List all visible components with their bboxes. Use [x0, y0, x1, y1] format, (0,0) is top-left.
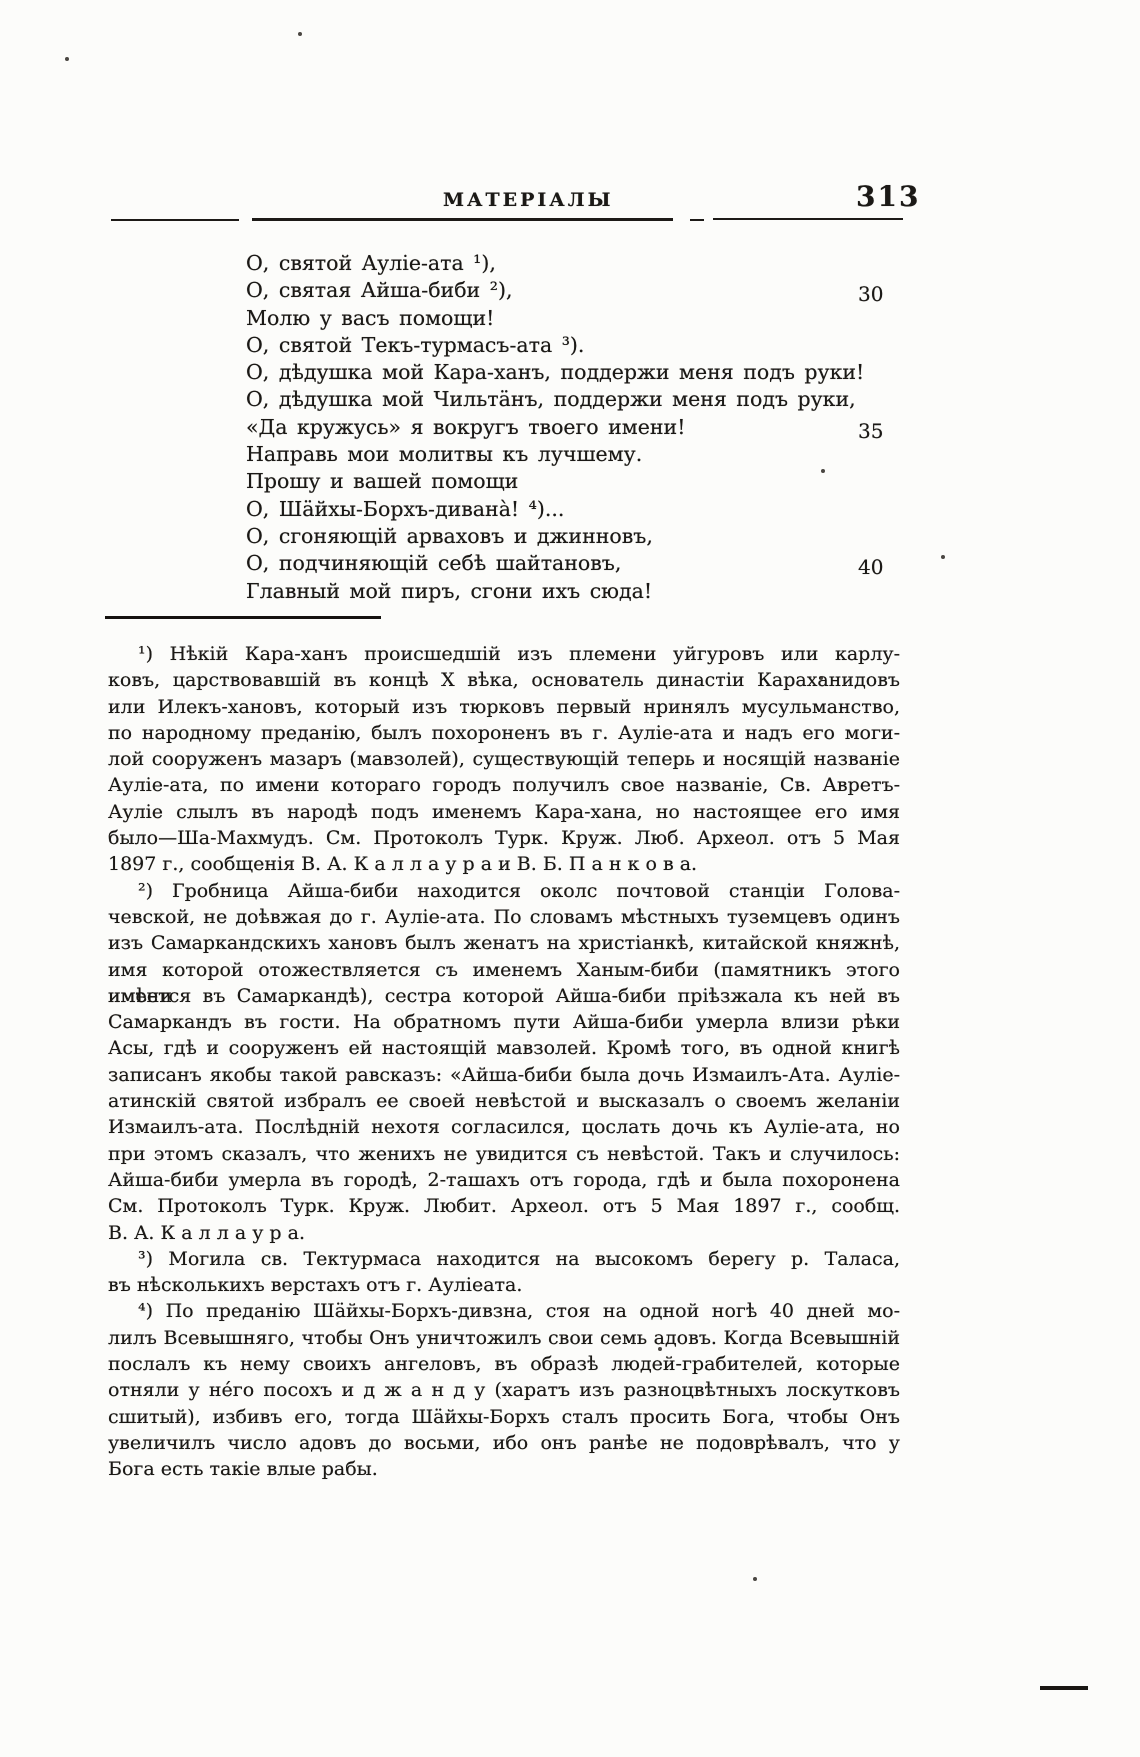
verse-line-text: Направь мои молитвы къ лучшему. [246, 442, 642, 466]
verse-line: «Да кружусь» я вокругъ твоего имени!35 [246, 414, 946, 441]
footnote-line: или Илекъ-хановъ, который изъ тюрковъ пе… [108, 694, 900, 720]
verse-line: О, дѣдушка мой Чильтӓнъ, поддержи меня п… [246, 386, 946, 413]
verse-line-text: О, святой Текъ-турмасъ-ата ³). [246, 333, 584, 357]
header-rule-segment [111, 219, 239, 221]
bottom-right-mark [1040, 1686, 1088, 1690]
verse-line: О, святой Ауліе-ата ¹), [246, 250, 946, 277]
verse-line: Главный мой пиръ, сгони ихъ сюда! [246, 578, 946, 605]
verse-line: О, святой Текъ-турмасъ-ата ³). [246, 332, 946, 359]
footnote-line: ²) Гробница Айша-биби находится околс по… [108, 878, 900, 904]
footnote-line: 1897 г., сообщенія В. А. К а л л а у р а… [108, 851, 900, 877]
scan-speck [753, 1577, 757, 1581]
verse-line: О, дѣдушка мой Кара-ханъ, поддержи меня … [246, 359, 946, 386]
scan-speck [65, 57, 69, 61]
footnote-line: Айша-биби умерла въ городѣ, 2-ташахъ отъ… [108, 1167, 900, 1193]
verse-line: О, подчиняющій себѣ шайтановъ,40 [246, 550, 946, 577]
verse-line-text: О, святая Айша-биби ²), [246, 278, 512, 302]
verse-line: Молю у васъ помощи! [246, 305, 946, 332]
verse-line-text: О, Шӓйхы-Борхъ-дивана̀! ⁴)... [246, 497, 564, 521]
footnote-line: лой сооруженъ мазаръ (мавзолей), существ… [108, 746, 900, 772]
footnote-paragraph: ¹) Нѣкій Кара-ханъ происшедшій изъ племе… [108, 641, 900, 878]
footnote-line: послалъ къ нему своихъ ангеловъ, въ обра… [108, 1351, 900, 1377]
verse-line-text: О, святой Ауліе-ата ¹), [246, 251, 496, 275]
verse-block: О, святой Ауліе-ата ¹),О, святая Айша-би… [246, 250, 946, 605]
footnote-line: чевской, не доѣвжая до г. Ауліе-ата. По … [108, 904, 900, 930]
scan-speck [941, 555, 945, 559]
footnote-line: ⁴) По преданію Шӓйхы-Борхъ-дивзна, стоя … [108, 1298, 900, 1324]
scan-speck [821, 469, 825, 473]
footnotes-block: ¹) Нѣкій Кара-ханъ происшедшій изъ племе… [108, 641, 900, 1483]
footnote-line: Бога есть такіе влые рабы. [108, 1456, 900, 1482]
footnote-line: сшитый), избивъ его, тогда Шӓйхы-Борхъ с… [108, 1404, 900, 1430]
scan-speck [819, 676, 823, 680]
footnote-line: Ауліе-ата, по имени котораго городъ полу… [108, 772, 900, 798]
footnote-line: увеличилъ число адовъ до восьми, ибо онъ… [108, 1430, 900, 1456]
verse-line-text: Прошу и вашей помощи [246, 469, 518, 493]
footnote-line: записанъ якобы такой равсказъ: «Айша-биб… [108, 1062, 900, 1088]
header-rule-segment [690, 219, 704, 221]
footnote-paragraph: ³) Могила св. Тектурмаса находится на вы… [108, 1246, 900, 1299]
footnote-line: атинскій святой избралъ ее своей невѣсто… [108, 1088, 900, 1114]
footnote-line: при этомъ сказалъ, что женихъ не увидитс… [108, 1141, 900, 1167]
footnote-line: См. Протоколъ Турк. Круж. Любит. Археол.… [108, 1193, 900, 1219]
footnote-paragraph: ⁴) По преданію Шӓйхы-Борхъ-дивзна, стоя … [108, 1298, 900, 1482]
running-head: МАТЕРІАЛЫ [443, 189, 613, 211]
verse-line-text: Главный мой пиръ, сгони ихъ сюда! [246, 579, 652, 603]
verse-line: О, святая Айша-биби ²),30 [246, 277, 946, 304]
verse-line: Направь мои молитвы къ лучшему. [246, 441, 946, 468]
footnote-line: лилъ Всевышняго, чтобы Онъ уничтожилъ св… [108, 1325, 900, 1351]
footnote-separator [105, 616, 381, 619]
verse-line-text: О, дѣдушка мой Кара-ханъ, поддержи меня … [246, 360, 864, 384]
verse-line: О, сгоняющій арваховъ и джинновъ, [246, 523, 946, 550]
verse-line-text: Молю у васъ помощи! [246, 306, 494, 330]
footnote-line: имя которой отожествляется съ именемъ Ха… [108, 957, 900, 983]
footnote-line: Измаилъ-ата. Послѣдній нехотя согласился… [108, 1114, 900, 1140]
header-rule-segment [713, 218, 903, 220]
footnote-line: Асы, гдѣ и сооруженъ ей настоящій мавзол… [108, 1035, 900, 1061]
verse-line: Прошу и вашей помощи [246, 468, 946, 495]
scan-speck [298, 32, 302, 36]
footnote-line: изъ Самаркандскихъ хановъ былъ женатъ на… [108, 930, 900, 956]
footnote-line: ³) Могила св. Тектурмаса находится на вы… [108, 1246, 900, 1272]
verse-line-text: «Да кружусь» я вокругъ твоего имени! [246, 415, 685, 439]
footnote-line: Самаркандъ въ гости. На обратномъ пути А… [108, 1009, 900, 1035]
verse-line-text: О, дѣдушка мой Чильтӓнъ, поддержи меня п… [246, 387, 856, 411]
footnote-line: В. А. К а л л а у р а. [108, 1220, 900, 1246]
verse-line-text: О, подчиняющій себѣ шайтановъ, [246, 551, 621, 575]
footnote-line: ковъ, царствовавшій въ концѣ Х вѣка, осн… [108, 667, 900, 693]
footnote-line: по народному преданію, былъ похороненъ в… [108, 720, 900, 746]
footnote-line: было—Ша-Махмудъ. См. Протоколъ Турк. Кру… [108, 825, 900, 851]
book-page: МАТЕРІАЛЫ 313 О, святой Ауліе-ата ¹),О, … [0, 0, 1140, 1757]
page-number: 313 [856, 180, 920, 213]
footnote-line: ¹) Нѣкій Кара-ханъ происшедшій изъ племе… [108, 641, 900, 667]
verse-line-text: О, сгоняющій арваховъ и джинновъ, [246, 524, 653, 548]
footnote-line: отняли у не́го посохъ и д ж а н д у (хар… [108, 1377, 900, 1403]
header-rule-segment [252, 218, 673, 221]
footnote-line: въ нѣсколькихъ верстахъ отъ г. Ауліеата. [108, 1272, 900, 1298]
footnote-line: Ауліе слылъ въ народѣ подъ именемъ Кара-… [108, 799, 900, 825]
scan-speck [658, 1347, 662, 1351]
footnote-paragraph: ²) Гробница Айша-биби находится околс по… [108, 878, 900, 1246]
verse-line: О, Шӓйхы-Борхъ-дивана̀! ⁴)... [246, 496, 946, 523]
footnote-line: имѣется въ Самаркандѣ), сестра которой А… [108, 983, 900, 1009]
